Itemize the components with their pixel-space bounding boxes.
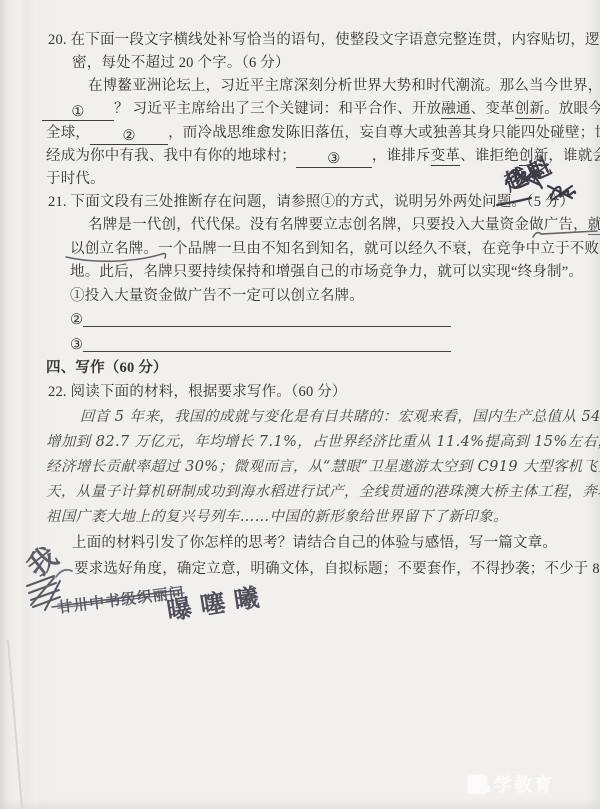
q22-material-line3: 经济增长贡献率超过 30%；微观而言，从“慧眼”卫星遨游太空到 C919 大型客… (46, 457, 600, 477)
section4-heading: 四、写作（60 分） (46, 358, 168, 378)
q22-material-line4: 天，从量子计算机研制成功到海水稻进行试产，全线贯通的港珠澳大桥主体工程，奔驰在 (46, 482, 600, 502)
q21-blank2-number: ② (70, 312, 83, 328)
q20-blank-2: ② (90, 128, 168, 145)
q20-underlined-word-chuangxin: 创新 (515, 101, 544, 119)
q22-prompt-line: 上面的材料引发了你怎样的思考？请结合自己的体验与感悟，写一篇文章。 (72, 533, 557, 553)
q20-line4-text: ？ 习近平主席给出了三个关键词：和平合作、开放 (114, 101, 441, 117)
q21-paragraph-line3: 地。此后，名牌只要持续保持和增强自己的市场竞争力，就可以实现“终身制”。 (70, 262, 583, 282)
q21-line1: 21. 下面文段有三处推断存在问题，请参照①的方式，说明另外两处问题。（5 分） (48, 192, 574, 212)
page-edge-shadow-right (586, 0, 600, 809)
q21-blank2-line (83, 311, 451, 327)
watermark: 学教育 (468, 771, 554, 797)
q20-line5-text2: ，而冷战思维愈发陈旧落伍，妄自尊大或独善其身只能四处碰壁；世界已 (168, 125, 600, 141)
q20-paragraph-line2: ①？ 习近平主席给出了三个关键词：和平合作、开放融通、变革创新。放眼今日 (42, 99, 600, 121)
q20-line6-text2: ，谁排斥 (372, 148, 431, 164)
q20-line4-text2: 、变革 (471, 101, 515, 117)
q20-paragraph-line5: 于时代。 (46, 169, 105, 189)
q20-line6-text4: ，谁就会落后 (548, 148, 600, 164)
q22-line1: 22. 阅读下面的材料，根据要求写作。（60 分） (48, 382, 347, 402)
q22-requirements-line: 要求选好角度，确定立意，明确文体，自拟标题；不要套作，不得抄袭；不少于 800 … (74, 559, 600, 579)
q20-line4-text3: 。放眼今日 (544, 101, 600, 117)
q20-paragraph-line3: 全球，②，而冷战思维愈发陈旧落伍，妄自尊大或独善其身只能四处碰壁；世界已 (46, 123, 600, 145)
exam-paper-scan: 20. 在下面一段文字横线处补写恰当的语句，使整段文字语意完整连贯，内容贴切，逻… (0, 0, 600, 809)
page-edge-shadow-bottom (0, 799, 600, 809)
q20-line1: 20. 在下面一段文字横线处补写恰当的语句，使整段文字语意完整连贯，内容贴切，逻… (48, 30, 600, 50)
q22-material-line2: 增加到 82.7 万亿元，年均增长 7.1%，占世界经济比重从 11.4%提高到… (46, 432, 600, 452)
q21-answer-blank-3: ③ (70, 335, 451, 355)
watermark-text: 学教育 (494, 771, 554, 797)
handwritten-marks-overlay (0, 0, 600, 809)
q21-answer-blank-2: ② (70, 310, 451, 330)
q21-line2-text: 名牌是一代创，代代保。没有名牌要立志创名牌，只要投入大量资金做广告， (88, 217, 588, 233)
q20-underlined-word-rongtong: 融通 (441, 101, 470, 119)
q20-blank-1: ① (42, 104, 114, 121)
q22-material-line5: 祖国广袤大地上的复兴号列车……中国的新形象给世界留下了新印象。 (46, 507, 508, 527)
q21-blank3-line (83, 336, 451, 352)
q21-student-underlined-word: 就可 (588, 217, 600, 235)
q21-blank3-number: ③ (70, 337, 83, 353)
page-crease-shadow (0, 0, 52, 809)
q21-example-answer: ①投入大量资金做广告不一定可以创立名牌。 (70, 286, 364, 306)
q20-paragraph-line1: 在博鳌亚洲论坛上，习近平主席深刻分析世界大势和时代潮流。那么当今世界， (88, 76, 600, 96)
q20-line6-text: 经成为你中有我、我中有你的地球村； (46, 148, 296, 164)
q20-underlined-word-biange: 变革 (431, 148, 460, 166)
q20-line2: 密，每处不超过 20 个字。（6 分） (72, 53, 290, 73)
watermark-logo-icon (468, 775, 487, 794)
q21-paragraph-line2: 以创立名牌。一个品牌一旦由不知名到知名，就可以经久不衰，在竞争中立于不败之 (70, 239, 600, 259)
handwriting-wo-character: 我 (17, 535, 65, 585)
q21-paragraph-line1: 名牌是一代创，代代保。没有名牌要立志创名牌，只要投入大量资金做广告，就可 (88, 215, 600, 235)
q22-material-line1: 回首 5 年来，我国的成就与变化是有目共睹的：宏观来看，国内生产总值从 54 万… (80, 407, 600, 427)
q20-line5-text: 全球， (46, 125, 90, 141)
q20-blank-3: ③ (296, 151, 372, 168)
paper-crease-line (8, 640, 22, 809)
